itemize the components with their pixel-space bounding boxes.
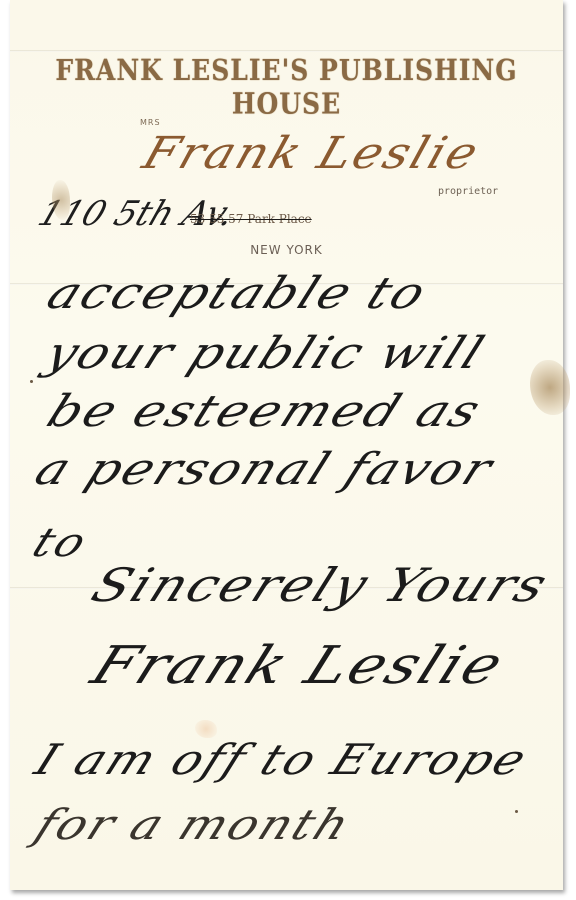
letterhead-proprietor-label: proprietor [438,186,498,197]
letter-line: to [26,520,95,566]
letterhead-proprietor-name: Frank Leslie [137,128,487,179]
letter-line: your public will [38,328,493,379]
closing-line: Sincerely Yours [84,558,557,612]
speck [515,810,518,813]
speck [30,380,33,383]
postscript-line: for a month [28,800,359,849]
ink-stain [530,360,570,415]
letter-line: be esteemed as [40,386,490,437]
letter-page: FRANK LESLIE'S PUBLISHING HOUSE MRS Fran… [10,0,563,890]
fold-line [10,50,563,52]
signature: Frank Leslie [83,636,514,696]
letter-line: acceptable to [40,268,436,319]
letterhead-city: NEW YORK [10,243,563,257]
struck-printed-address: 53 55 57 Park Place [190,212,312,226]
letterhead-company: FRANK LESLIE'S PUBLISHING HOUSE [10,54,563,121]
letter-line: a personal favor [28,444,502,495]
letterhead-prefix: MRS [140,118,161,127]
ink-stain [52,180,70,220]
ink-stain [195,720,217,738]
postscript-line: I am off to Europe [28,735,536,784]
